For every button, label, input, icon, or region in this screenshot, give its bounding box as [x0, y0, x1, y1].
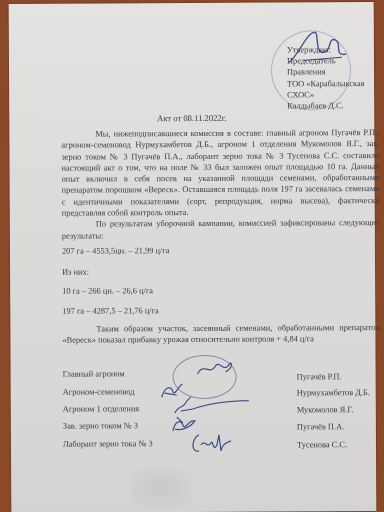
signer-name: Нурмухамбетов Д.Б.: [297, 388, 370, 397]
signer-position: Главный агроном: [63, 369, 125, 378]
result-of-which: Из них:: [62, 268, 89, 277]
approval-line-3: ТОО «Карабалыкская СХОС»: [287, 78, 374, 101]
approval-block: Утверждаю: Председатель Правления ТОО «К…: [287, 44, 374, 112]
signer-position: Агроном-семеновод: [63, 387, 135, 396]
signature-5-icon: [189, 431, 233, 457]
paragraph-results-intro: По результатам уборочной кампании, комис…: [62, 217, 380, 241]
signer-position: Зав. зерно током № 3: [63, 421, 138, 430]
signer-position: Агроном 1 отделения: [63, 404, 139, 413]
document-title: Акт от 08.11.2022г.: [9, 112, 374, 125]
result-trial: 10 га – 266 цн. – 26,6 ц/га: [62, 286, 153, 295]
paragraph-commission: Мы, нижеподписавшиеся комиссия в составе…: [61, 127, 379, 219]
signature-1-icon: [196, 358, 236, 380]
paper-glare: [131, 468, 191, 508]
approval-line-4: Калдыбаев Д.С.: [287, 100, 374, 112]
signer-name: Мукомолов Я.Г.: [297, 405, 354, 414]
conclusion-paragraph: Таким образом участок, засеянный семенам…: [62, 322, 380, 346]
document-page: Утверждаю: Председатель Правления ТОО «К…: [9, 2, 377, 512]
signer-name: Пугачёв П.А.: [297, 422, 344, 431]
signer-position: Лаборант зерно тока № 3: [63, 439, 153, 448]
signer-name: Пугачёв Р.П.: [297, 372, 342, 381]
approval-line-2: Председатель Правления: [287, 55, 374, 78]
approval-line-1: Утверждаю:: [287, 44, 374, 56]
result-total: 207 га – 4553,5цн. – 21,99 ц/га: [62, 246, 170, 256]
signer-name: Тусенова С.С.: [297, 440, 347, 449]
signature-row: Зав. зерно током № 3 Пугачёв П.А.: [63, 420, 363, 422]
document-body: Мы, нижеподписавшиеся комиссия в составе…: [61, 127, 380, 242]
result-control: 197 га – 4287,5 – 21,76 ц/га: [62, 306, 159, 316]
